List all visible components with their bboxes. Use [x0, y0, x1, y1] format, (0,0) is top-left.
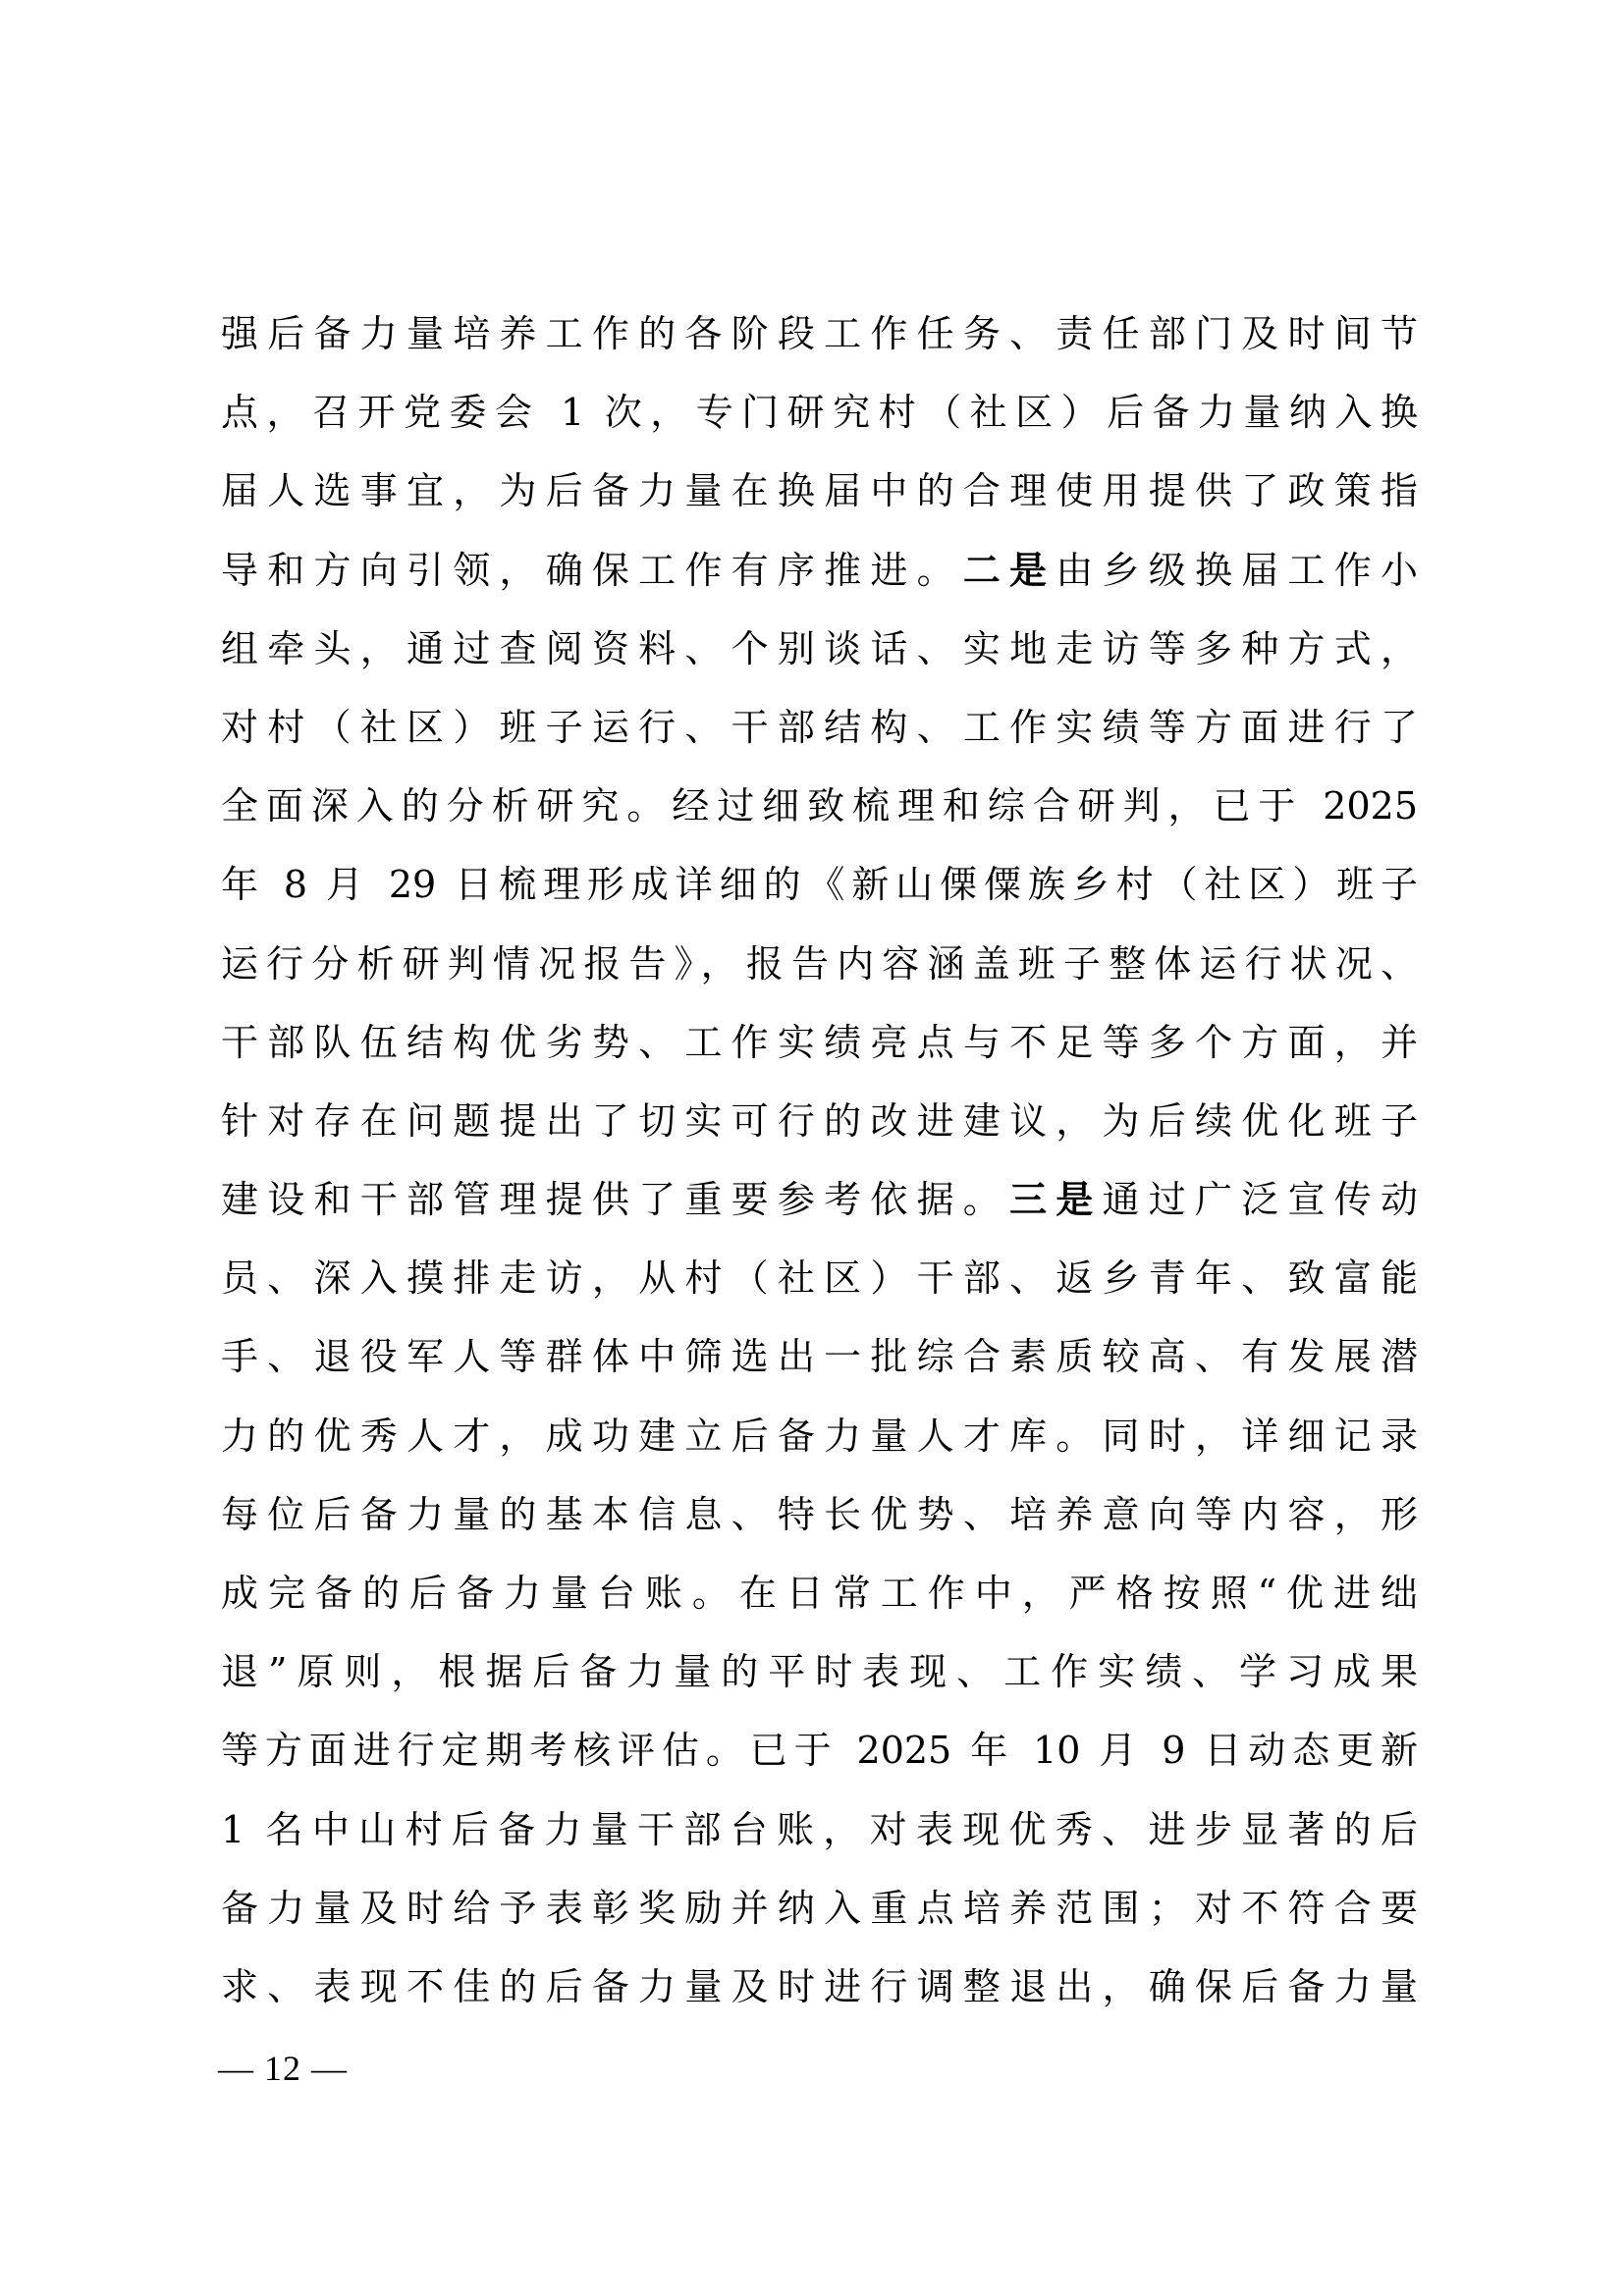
text-line: 针对存在问题提出了切实可行的改进建议，为后续优化班子 — [221, 1082, 1418, 1160]
text-segment: 届人选事宜，为后备力量在换届中的合理使用提供了政策指 — [221, 469, 1418, 512]
text-line: 全面深入的分析研究。经过细致梳理和综合研判，已于 2025 — [221, 767, 1418, 845]
text-line: 年 8 月 29 日梳理形成详细的《新山傈僳族乡村（社区）班子 — [221, 845, 1418, 924]
text-line: 对村（社区）班子运行、干部结构、工作实绩等方面进行了 — [221, 688, 1418, 767]
text-line: 强后备力量培养工作的各阶段工作任务、责任部门及时间节 — [221, 294, 1418, 373]
text-line: 手、退役军人等群体中筛选出一批综合素质较高、有发展潜 — [221, 1317, 1418, 1396]
page-number: — 12 — — [218, 2044, 348, 2093]
text-segment: 强后备力量培养工作的各阶段工作任务、责任部门及时间节 — [221, 312, 1418, 355]
text-segment: 运行分析研判情况报告》，报告内容涵盖班子整体运行状况、 — [221, 942, 1418, 986]
text-segment: 年 8 月 29 日梳理形成详细的《新山傈僳族乡村（社区）班子 — [221, 863, 1418, 906]
text-segment: 力的优秀人才，成功建立后备力量人才库。同时，详细记录 — [221, 1415, 1418, 1458]
text-line: 备力量及时给予表彰奖励并纳入重点培养范围；对不符合要 — [221, 1869, 1418, 1948]
text-line: 员、深入摸排走访，从村（社区）干部、返乡青年、致富能 — [221, 1239, 1418, 1317]
text-line: 1 名中山村后备力量干部台账，对表现优秀、进步显著的后 — [221, 1790, 1418, 1869]
text-segment: 干部队伍结构优劣势、工作实绩亮点与不足等多个方面，并 — [221, 1021, 1418, 1064]
text-segment: 建设和干部管理提供了重要参考依据。 — [221, 1178, 1009, 1221]
text-line: 干部队伍结构优劣势、工作实绩亮点与不足等多个方面，并 — [221, 1003, 1418, 1082]
emphasis-label: 三是 — [1009, 1177, 1102, 1221]
text-line: 导和方向引领，确保工作有序推进。二是由乡级换届工作小 — [221, 531, 1418, 610]
text-segment: 手、退役军人等群体中筛选出一批综合素质较高、有发展潜 — [221, 1335, 1418, 1378]
text-segment: 全面深入的分析研究。经过细致梳理和综合研判，已于 2025 — [221, 784, 1418, 828]
text-line: 力的优秀人才，成功建立后备力量人才库。同时，详细记录 — [221, 1397, 1418, 1475]
text-segment: 导和方向引领，确保工作有序推进。 — [221, 549, 963, 592]
text-segment: 对村（社区）班子运行、干部结构、工作实绩等方面进行了 — [221, 706, 1418, 749]
text-segment: 点，召开党委会 1 次，专门研究村（社区）后备力量纳入换 — [221, 391, 1418, 434]
text-segment: 退”原则，根据后备力量的平时表现、工作实绩、学习成果 — [221, 1650, 1418, 1693]
text-line: 点，召开党委会 1 次，专门研究村（社区）后备力量纳入换 — [221, 373, 1418, 452]
text-segment: 1 名中山村后备力量干部台账，对表现优秀、进步显著的后 — [221, 1808, 1418, 1851]
text-segment: 组牵头，通过查阅资料、个别谈话、实地走访等多种方式， — [221, 627, 1418, 670]
text-line: 组牵头，通过查阅资料、个别谈话、实地走访等多种方式， — [221, 610, 1418, 688]
text-segment: 备力量及时给予表彰奖励并纳入重点培养范围；对不符合要 — [221, 1887, 1418, 1930]
text-line: 运行分析研判情况报告》，报告内容涵盖班子整体运行状况、 — [221, 925, 1418, 1003]
body-paragraph: 强后备力量培养工作的各阶段工作任务、责任部门及时间节点，召开党委会 1 次，专门… — [221, 294, 1418, 2026]
text-line: 求、表现不佳的后备力量及时进行调整退出，确保后备力量 — [221, 1948, 1418, 2026]
text-segment: 等方面进行定期考核评估。已于 2025 年 10 月 9 日动态更新 — [221, 1729, 1418, 1772]
text-segment: 针对存在问题提出了切实可行的改进建议，为后续优化班子 — [221, 1099, 1418, 1143]
text-segment: 每位后备力量的基本信息、特长优势、培养意向等内容，形 — [221, 1493, 1418, 1536]
text-line: 成完备的后备力量台账。在日常工作中，严格按照“优进绌 — [221, 1554, 1418, 1632]
emphasis-label: 二是 — [963, 548, 1056, 592]
text-line: 建设和干部管理提供了重要参考依据。三是通过广泛宣传动 — [221, 1160, 1418, 1239]
text-line: 退”原则，根据后备力量的平时表现、工作实绩、学习成果 — [221, 1632, 1418, 1711]
text-segment: 求、表现不佳的后备力量及时进行调整退出，确保后备力量 — [221, 1965, 1418, 2008]
text-segment: 由乡级换届工作小 — [1056, 549, 1418, 592]
text-line: 届人选事宜，为后备力量在换届中的合理使用提供了政策指 — [221, 452, 1418, 530]
text-line: 等方面进行定期考核评估。已于 2025 年 10 月 9 日动态更新 — [221, 1711, 1418, 1789]
text-segment: 通过广泛宣传动 — [1103, 1178, 1418, 1221]
document-page: 强后备力量培养工作的各阶段工作任务、责任部门及时间节点，召开党委会 1 次，专门… — [0, 0, 1624, 2296]
text-segment: 成完备的后备力量台账。在日常工作中，严格按照“优进绌 — [221, 1572, 1418, 1615]
text-segment: 员、深入摸排走访，从村（社区）干部、返乡青年、致富能 — [221, 1256, 1418, 1300]
text-line: 每位后备力量的基本信息、特长优势、培养意向等内容，形 — [221, 1475, 1418, 1554]
